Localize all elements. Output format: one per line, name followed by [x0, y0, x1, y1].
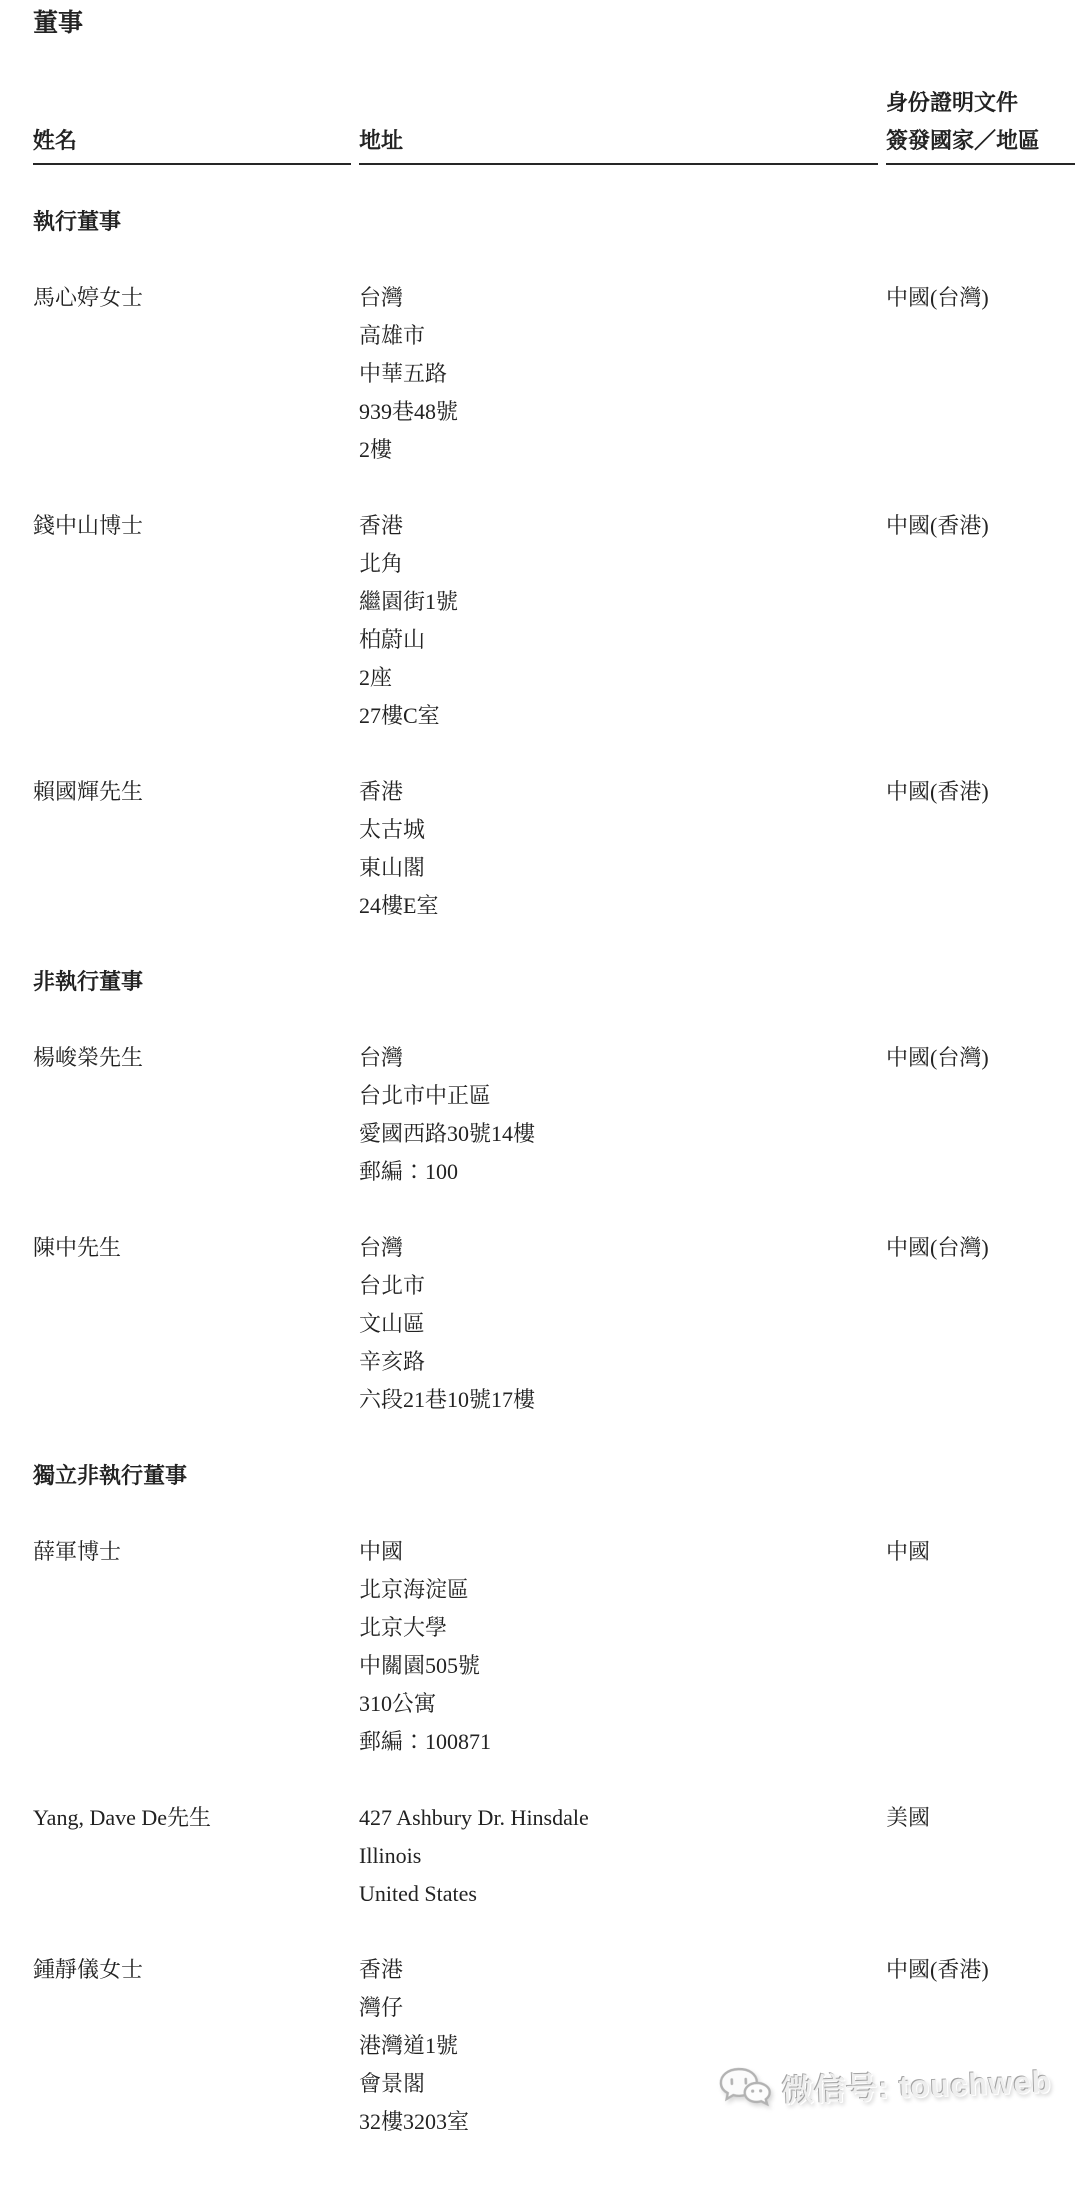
address-line: 台北市: [359, 1267, 878, 1305]
address-line: 中華五路: [359, 355, 878, 393]
director-address: 香港北角繼園街1號柏蔚山2座27樓C室: [359, 507, 878, 735]
address-line: 27樓C室: [359, 697, 878, 735]
director-address: 香港灣仔港灣道1號會景閣32樓3203室: [359, 1951, 878, 2141]
address-line: 愛國西路30號14樓: [359, 1115, 878, 1153]
director-name: 鍾靜儀女士: [33, 1951, 351, 1989]
section-heading: 執行董事: [33, 203, 1075, 241]
director-row: 楊峻榮先生台灣台北市中正區愛國西路30號14樓郵編：100中國(台灣): [33, 1039, 1075, 1191]
address-line: 文山區: [359, 1305, 878, 1343]
wechat-icon: [718, 2065, 774, 2113]
director-address: 台灣高雄市中華五路939巷48號2樓: [359, 279, 878, 469]
address-line: 台北市中正區: [359, 1077, 878, 1115]
director-row: 賴國輝先生香港太古城東山閣24樓E室中國(香港): [33, 773, 1075, 925]
id-document-country: 中國(台灣): [886, 1229, 1075, 1267]
address-line: 繼園街1號: [359, 583, 878, 621]
column-header-name: 姓名: [33, 84, 351, 165]
director-name: 錢中山博士: [33, 507, 351, 545]
address-line: Illinois: [359, 1837, 878, 1875]
address-line: 939巷48號: [359, 393, 878, 431]
table-header-row: 姓名 地址 身份證明文件 簽發國家／地區: [33, 84, 1075, 165]
address-line: 香港: [359, 773, 878, 811]
address-line: 香港: [359, 1951, 878, 1989]
id-document-country: 中國(台灣): [886, 279, 1075, 317]
address-line: 港灣道1號: [359, 2027, 878, 2065]
address-line: 中關園505號: [359, 1647, 878, 1685]
address-line: 北京大學: [359, 1609, 878, 1647]
director-address: 中國北京海淀區北京大學中關園505號310公寓郵編：100871: [359, 1533, 878, 1761]
address-line: 太古城: [359, 811, 878, 849]
address-line: 辛亥路: [359, 1343, 878, 1381]
address-line: 427 Ashbury Dr. Hinsdale: [359, 1799, 878, 1837]
address-line: 六段21巷10號17樓: [359, 1381, 878, 1419]
address-line: 北京海淀區: [359, 1571, 878, 1609]
column-header-name-label: 姓名: [33, 122, 77, 160]
prospectus-directors-page: 董事 姓名 地址 身份證明文件 簽發國家／地區 執行董事馬心婷女士台灣高雄市中華…: [0, 0, 1080, 2141]
section-heading: 非執行董事: [33, 963, 1075, 1001]
address-line: 台灣: [359, 1039, 878, 1077]
id-document-country: 中國: [886, 1533, 1075, 1571]
director-row: 馬心婷女士台灣高雄市中華五路939巷48號2樓中國(台灣): [33, 279, 1075, 469]
director-address: 427 Ashbury Dr. HinsdaleIllinoisUnited S…: [359, 1799, 878, 1913]
address-line: 香港: [359, 507, 878, 545]
column-header-id-document: 身份證明文件 簽發國家／地區: [886, 84, 1075, 165]
address-line: 高雄市: [359, 317, 878, 355]
address-line: United States: [359, 1875, 878, 1913]
address-line: 東山閣: [359, 849, 878, 887]
address-line: 灣仔: [359, 1989, 878, 2027]
id-document-country: 中國(香港): [886, 1951, 1075, 1989]
section-heading: 獨立非執行董事: [33, 1457, 1075, 1495]
director-row: 薛軍博士中國北京海淀區北京大學中關園505號310公寓郵編：100871中國: [33, 1533, 1075, 1761]
column-header-id-document-line1: 身份證明文件: [886, 84, 1075, 122]
address-line: 北角: [359, 545, 878, 583]
address-line: 中國: [359, 1533, 878, 1571]
director-sections: 執行董事馬心婷女士台灣高雄市中華五路939巷48號2樓中國(台灣)錢中山博士香港…: [33, 203, 1075, 2141]
address-line: 2座: [359, 659, 878, 697]
column-header-id-document-line2: 簽發國家／地區: [886, 122, 1075, 160]
address-line: 柏蔚山: [359, 621, 878, 659]
watermark-label: 微信号: touchweb: [782, 2056, 1053, 2110]
id-document-country: 中國(香港): [886, 507, 1075, 545]
director-row: Yang, Dave De先生427 Ashbury Dr. HinsdaleI…: [33, 1799, 1075, 1913]
address-line: 郵編：100871: [359, 1723, 878, 1761]
address-line: 310公寓: [359, 1685, 878, 1723]
director-row: 錢中山博士香港北角繼園街1號柏蔚山2座27樓C室中國(香港): [33, 507, 1075, 735]
director-row: 鍾靜儀女士香港灣仔港灣道1號會景閣32樓3203室中國(香港): [33, 1951, 1075, 2141]
address-line: 台灣: [359, 1229, 878, 1267]
director-row: 陳中先生台灣台北市文山區辛亥路六段21巷10號17樓中國(台灣): [33, 1229, 1075, 1419]
director-address: 台灣台北市文山區辛亥路六段21巷10號17樓: [359, 1229, 878, 1419]
id-document-country: 中國(香港): [886, 773, 1075, 811]
address-line: 24樓E室: [359, 887, 878, 925]
director-name: 馬心婷女士: [33, 279, 351, 317]
director-name: Yang, Dave De先生: [33, 1799, 351, 1837]
director-name: 薛軍博士: [33, 1533, 351, 1571]
director-address: 台灣台北市中正區愛國西路30號14樓郵編：100: [359, 1039, 878, 1191]
director-name: 楊峻榮先生: [33, 1039, 351, 1077]
id-document-country: 美國: [886, 1799, 1075, 1837]
page-title: 董事: [33, 6, 1075, 42]
director-name: 陳中先生: [33, 1229, 351, 1267]
address-line: 台灣: [359, 279, 878, 317]
id-document-country: 中國(台灣): [886, 1039, 1075, 1077]
director-name: 賴國輝先生: [33, 773, 351, 811]
director-address: 香港太古城東山閣24樓E室: [359, 773, 878, 925]
column-header-address: 地址: [359, 84, 878, 165]
column-header-address-label: 地址: [359, 122, 403, 160]
address-line: 2樓: [359, 431, 878, 469]
address-line: 郵編：100: [359, 1153, 878, 1191]
